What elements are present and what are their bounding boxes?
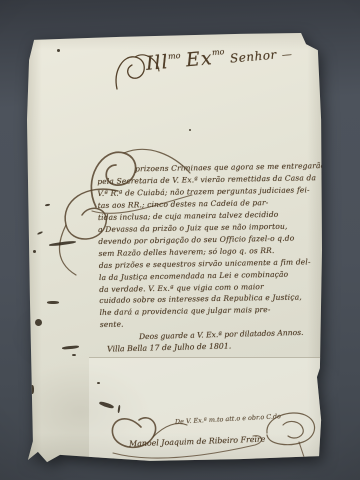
ink-blot xyxy=(47,301,59,304)
paper-fold-flap xyxy=(89,357,322,463)
salutation-part1-superscript: mo xyxy=(168,51,181,61)
dateline: Villa Bella 17 de Julho de 1801. xyxy=(107,341,231,353)
ink-blot xyxy=(37,231,43,235)
salutation-trailing-dash: — xyxy=(281,49,291,61)
photo-of-manuscript: { "photo": { "background_color": "#4b515… xyxy=(0,0,360,480)
salutation-part2-superscript: mo xyxy=(212,47,225,57)
manuscript-paper: Illmo Exmo Senhor — prizoens Criminaes q… xyxy=(27,33,322,463)
ink-blot xyxy=(30,385,34,394)
ink-blot xyxy=(35,319,42,326)
ink-blot xyxy=(97,382,100,384)
salutation-part1: Ill xyxy=(145,51,170,75)
ink-blot xyxy=(189,129,191,131)
salutation-part2: Ex xyxy=(185,47,213,71)
salutation-part3: Senhor xyxy=(229,48,277,66)
ink-blot xyxy=(49,240,76,246)
ink-blot xyxy=(72,354,76,356)
ink-blot xyxy=(57,49,60,52)
ink-blot xyxy=(45,204,50,207)
paper-shadow-wrap: Illmo Exmo Senhor — prizoens Criminaes q… xyxy=(0,0,360,480)
ink-blot xyxy=(33,250,36,253)
letter-body: prizoens Criminaes que agora se me entre… xyxy=(97,160,326,331)
ink-blot xyxy=(62,345,79,350)
salutation: Illmo Exmo Senhor — xyxy=(145,37,326,75)
